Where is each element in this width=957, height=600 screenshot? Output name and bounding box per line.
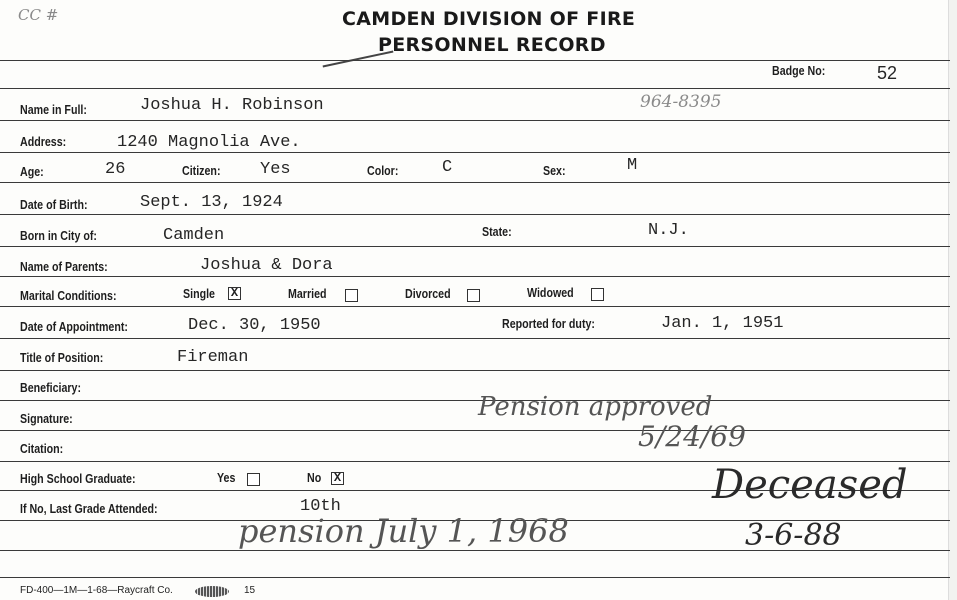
citation-label: Citation: [20,441,63,456]
handwritten-deceased-date: 3-6-88 [745,518,842,553]
title-label: Title of Position: [20,350,103,365]
appointment-value: Dec. 30, 1950 [188,316,321,335]
rule [0,88,950,89]
phone-note: 964-8395 [640,92,721,112]
hs-grad-no-label: No [307,470,321,485]
handwritten-pension-date: pension July 1, 1968 [238,512,569,550]
hs-grad-yes-label: Yes [217,470,235,485]
rule [0,370,950,371]
badge-label: Badge No: [772,63,825,78]
rule [0,246,950,247]
rule [0,276,950,277]
parents-value: Joshua & Dora [200,256,333,275]
marital-married-checkbox[interactable] [345,289,358,302]
page-number: 15 [244,585,255,596]
address-label: Address: [20,134,66,149]
last-grade-label: If No, Last Grade Attended: [20,501,158,516]
marital-label: Marital Conditions: [20,288,117,303]
state-value: N.J. [648,221,689,240]
appointment-label: Date of Appointment: [20,319,128,334]
beneficiary-label: Beneficiary: [20,380,81,395]
dob-value: Sept. 13, 1924 [140,193,283,212]
rule [0,338,950,339]
color-label: Color: [367,163,398,178]
reported-label: Reported for duty: [502,316,595,331]
name-label: Name in Full: [20,102,87,117]
hs-grad-no-checkbox[interactable]: X [331,472,344,485]
color-value: C [442,158,452,177]
marital-divorced-label: Divorced [405,286,451,301]
rule [0,120,950,121]
state-label: State: [482,224,512,239]
born-city-label: Born in City of: [20,228,97,243]
address-value: 1240 Magnolia Ave. [117,133,301,152]
handwritten-approval-date: 5/24/69 [638,420,746,453]
form-subtitle: PERSONNEL RECORD [378,34,606,56]
card-edge [948,0,957,600]
dob-label: Date of Birth: [20,197,88,212]
hs-grad-label: High School Graduate: [20,471,135,486]
marital-widowed-checkbox[interactable] [591,288,604,301]
union-label-logo-icon [195,586,229,597]
rule [0,550,950,551]
rule [0,182,950,183]
corner-note: CC # [18,6,58,24]
citizen-value: Yes [260,160,291,179]
rule [0,60,950,61]
marital-single-checkbox[interactable]: X [228,287,241,300]
title-value: Fireman [177,348,248,367]
pen-stroke [323,51,394,68]
signature-label: Signature: [20,411,73,426]
born-city-value: Camden [163,226,224,245]
age-label: Age: [20,164,44,179]
form-code: FD-400—1M—1-68—Raycraft Co. [20,585,173,596]
rule [0,430,950,431]
sex-value: M [627,156,637,175]
personnel-record-card: CC # CAMDEN DIVISION OF FIRE PERSONNEL R… [0,0,957,600]
rule [0,214,950,215]
marital-single-label: Single [183,286,215,301]
rule [0,400,950,401]
handwritten-deceased: Deceased [712,462,907,508]
hs-grad-yes-checkbox[interactable] [247,473,260,486]
marital-married-label: Married [288,286,327,301]
rule [0,306,950,307]
rule [0,577,950,578]
age-value: 26 [105,160,125,179]
sex-label: Sex: [543,163,566,178]
reported-value: Jan. 1, 1951 [661,314,783,333]
handwritten-pension-approved: Pension approved [478,392,712,422]
name-value: Joshua H. Robinson [140,96,324,115]
rule [0,152,950,153]
marital-widowed-label: Widowed [527,285,574,300]
badge-number: 52 [877,63,897,84]
citizen-label: Citizen: [182,163,221,178]
parents-label: Name of Parents: [20,259,108,274]
marital-divorced-checkbox[interactable] [467,289,480,302]
form-title: CAMDEN DIVISION OF FIRE [342,8,635,30]
